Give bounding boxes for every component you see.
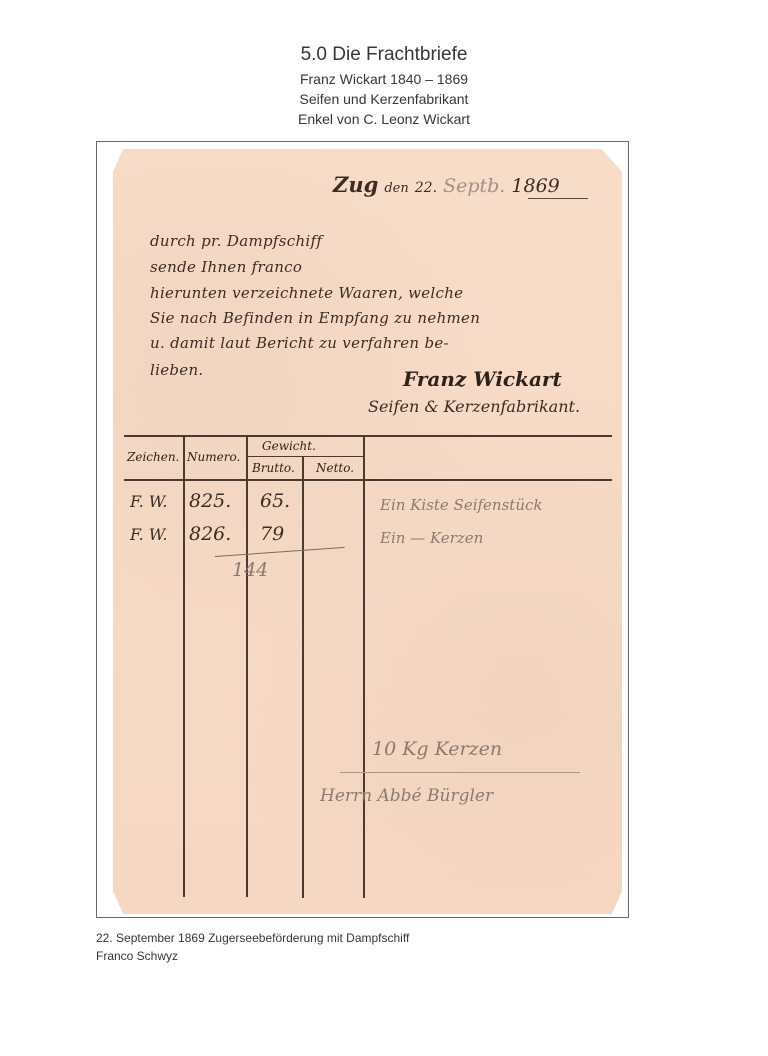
row-1-description: Ein Kiste Seifenstück xyxy=(380,496,542,514)
table-column-divider xyxy=(246,437,248,897)
row-1-brutto: 65. xyxy=(260,490,290,512)
row-2-zeichen: F. W. xyxy=(130,525,168,544)
pencil-note: Herrn Abbé Bürgler xyxy=(320,786,493,806)
date-place: Zug xyxy=(333,172,378,197)
table-rule-gewicht xyxy=(246,456,363,457)
header-netto: Netto. xyxy=(316,461,354,475)
pencil-note-rule xyxy=(340,772,580,773)
date-prefix: den xyxy=(384,181,408,196)
page-heading-subtitle: Seifen und Kerzenfabrikant xyxy=(0,91,768,107)
table-column-divider xyxy=(302,457,304,898)
header-zeichen: Zeichen. xyxy=(127,450,179,464)
letter-line: sende Ihnen franco xyxy=(150,258,302,276)
caption-line: 22. September 1869 Zugerseebeförderung m… xyxy=(96,931,409,945)
row-2-numero: 826. xyxy=(189,523,231,545)
total-brutto: 144 xyxy=(232,559,268,581)
row-1-numero: 825. xyxy=(189,490,231,512)
caption-line: Franco Schwyz xyxy=(96,949,178,963)
page-heading-subtitle: Enkel von C. Leonz Wickart xyxy=(0,111,768,127)
date-year: 1869 xyxy=(511,175,559,197)
row-2-description: Ein — Kerzen xyxy=(380,529,483,547)
signature-name: Franz Wickart xyxy=(403,367,562,391)
letter-line: hierunten verzeichnete Waaren, welche xyxy=(150,284,463,302)
letter-text: durch pr. Dampfschiff xyxy=(150,232,322,250)
table-column-divider xyxy=(183,437,185,897)
header-brutto: Brutto. xyxy=(252,461,295,475)
page-heading-title: 5.0 Die Frachtbriefe xyxy=(0,44,768,66)
row-2-brutto: 79 xyxy=(260,523,284,545)
date-month: Septb. xyxy=(443,175,505,197)
table-rule-header-bottom xyxy=(124,479,612,481)
letter-line: lieben. xyxy=(150,361,203,379)
header-numero: Numero. xyxy=(187,450,240,464)
letter-line: Sie nach Befinden in Empfang zu nehmen xyxy=(150,309,480,327)
letter-line: u. damit laut Bericht zu verfahren be- xyxy=(150,334,449,352)
page-heading-subtitle: Franz Wickart 1840 – 1869 xyxy=(0,71,768,87)
letter-line: durch pr. Dampfschiff xyxy=(150,232,322,250)
table-column-divider xyxy=(363,437,365,898)
row-1-zeichen: F. W. xyxy=(130,492,168,511)
pencil-note: 10 Kg Kerzen xyxy=(372,738,502,760)
table-rule-top xyxy=(124,435,612,437)
signature-title: Seifen & Kerzenfabrikant. xyxy=(368,397,580,416)
date-underline xyxy=(528,198,588,199)
date-day: 22. xyxy=(415,180,437,196)
date-line: Zug den 22. Septb. 1869 xyxy=(333,172,560,197)
header-gewicht: Gewicht. xyxy=(262,439,316,453)
